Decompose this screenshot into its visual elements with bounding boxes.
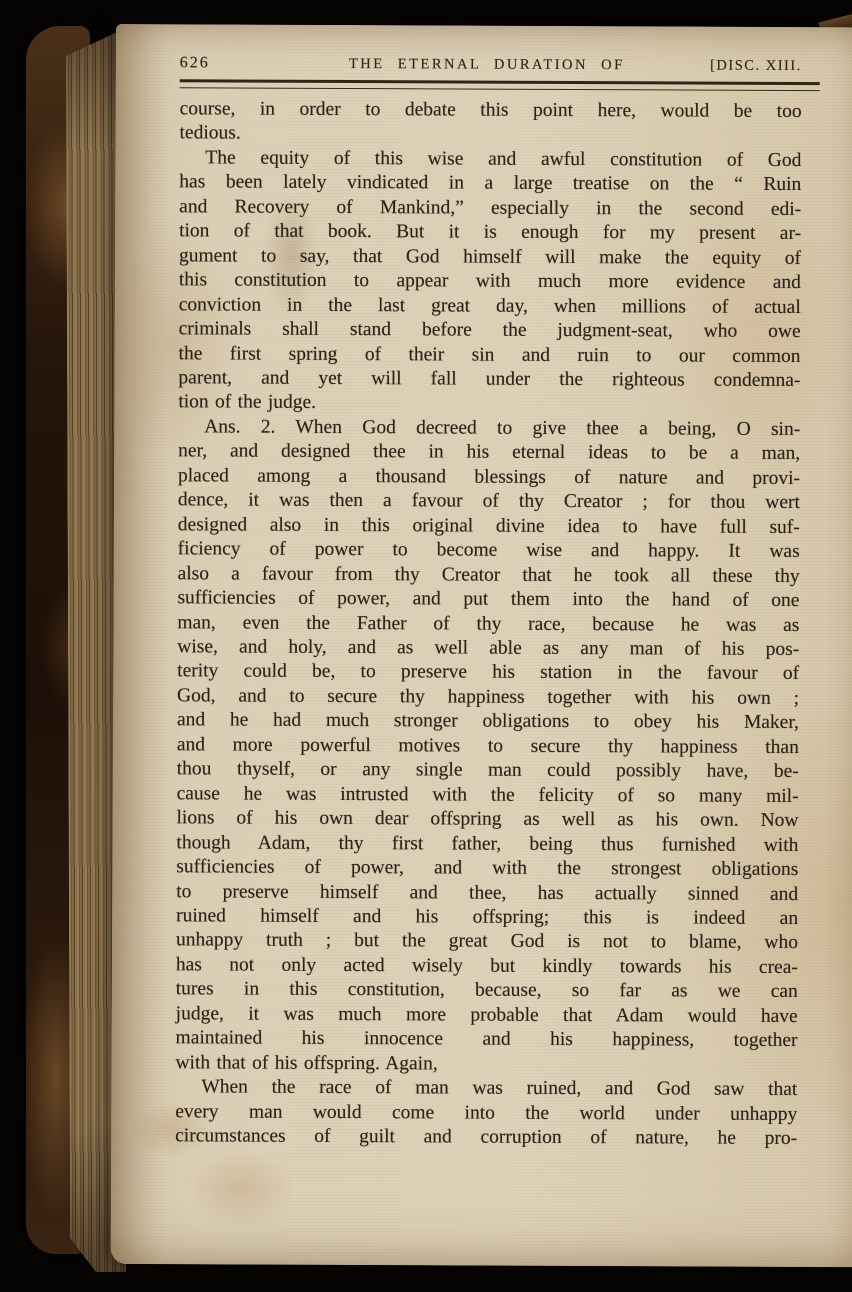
text-line: thou thyself, or any single man could po… xyxy=(177,758,799,785)
running-title: THE ETERNAL DURATION OF xyxy=(290,56,684,75)
text-line: designed also in this original divine id… xyxy=(178,513,800,540)
text-line: with that of his offspring. Again, xyxy=(175,1051,797,1078)
text-line: this constitution to appear with much mo… xyxy=(179,268,801,295)
text-line: conviction in the last great day, when m… xyxy=(179,293,801,320)
text-line: parent, and yet will fall under the righ… xyxy=(178,366,800,393)
text-line: terity could be, to preserve his station… xyxy=(177,660,799,687)
text-line: the first spring of their sin and ruin t… xyxy=(179,342,801,369)
text-line: and more powerful motives to secure thy … xyxy=(177,733,799,760)
text-line: tion of that book. But it is enough for … xyxy=(179,220,801,247)
book-page: 626 THE ETERNAL DURATION OF [DISC. XIII.… xyxy=(111,24,852,1267)
text-line: wise, and holy, and as well able as any … xyxy=(177,635,799,662)
text-line: ner, and designed thee in his eternal id… xyxy=(178,440,800,467)
text-line: and Recovery of Mankind,” especially in … xyxy=(179,195,801,222)
text-line: sufficiencies of power, and put them int… xyxy=(177,586,799,613)
text-line: gument to say, that God himself will mak… xyxy=(179,244,801,271)
text-line: every man would come into the world unde… xyxy=(175,1100,797,1127)
text-line: sufficiencies of power, and with the str… xyxy=(176,855,798,882)
text-line: to preserve himself and thee, has actual… xyxy=(176,880,798,907)
text-line: has been lately vindicated in a large tr… xyxy=(179,171,801,198)
paragraph: The equity of this wise and awful consti… xyxy=(178,146,801,418)
text-line: tion of the judge. xyxy=(178,391,800,418)
text-line: and he had much stronger obligations to … xyxy=(177,709,799,736)
text-line: ficiency of power to become wise and hap… xyxy=(178,537,800,564)
text-line: has not only acted wisely but kindly tow… xyxy=(176,953,798,980)
text-line: ruined himself and his offspring; this i… xyxy=(176,904,798,931)
header-double-rule xyxy=(180,79,820,91)
paragraph: Ans. 2. When God decreed to give thee a … xyxy=(175,415,800,1078)
paragraph: When the race of man was ruined, and God… xyxy=(175,1075,797,1151)
text-line: criminals shall stand before the judgmen… xyxy=(179,317,801,344)
paragraph: course, in order to debate this point he… xyxy=(179,97,801,149)
text-line: God, and to secure thy happiness togethe… xyxy=(177,684,799,711)
text-line: cause he was intrusted with the felicity… xyxy=(177,782,799,809)
page-number: 626 xyxy=(180,54,290,72)
text-line: placed among a thousand blessings of nat… xyxy=(178,464,800,491)
section-label: [DISC. XIII. xyxy=(684,57,802,75)
text-line: though Adam, thy first father, being thu… xyxy=(176,831,798,858)
text-line: tedious. xyxy=(179,122,801,149)
running-head: 626 THE ETERNAL DURATION OF [DISC. XIII. xyxy=(180,54,802,75)
text-line: course, in order to debate this point he… xyxy=(180,97,802,124)
text-line: Ans. 2. When God decreed to give thee a … xyxy=(178,415,800,442)
text-line: tures in this constitution, because, so … xyxy=(176,978,798,1005)
text-line: circumstances of guilt and corruption of… xyxy=(175,1124,797,1151)
text-line: man, even the Father of thy race, becaus… xyxy=(177,611,799,638)
text-line: maintained his innocence and his happine… xyxy=(176,1026,798,1053)
text-line: dence, it was then a favour of thy Creat… xyxy=(178,489,800,516)
text-line: lions of his own dear offspring as well … xyxy=(176,806,798,833)
photo-background: 626 THE ETERNAL DURATION OF [DISC. XIII.… xyxy=(0,0,852,1292)
page-body: course, in order to debate this point he… xyxy=(175,97,802,1151)
text-line: also a favour from thy Creator that he t… xyxy=(178,562,800,589)
text-line: unhappy truth ; but the great God is not… xyxy=(176,929,798,956)
page-content: 626 THE ETERNAL DURATION OF [DISC. XIII.… xyxy=(111,24,852,1152)
text-line: The equity of this wise and awful consti… xyxy=(179,146,801,173)
text-line: judge, it was much more probable that Ad… xyxy=(176,1002,798,1029)
text-line: When the race of man was ruined, and God… xyxy=(175,1075,797,1102)
